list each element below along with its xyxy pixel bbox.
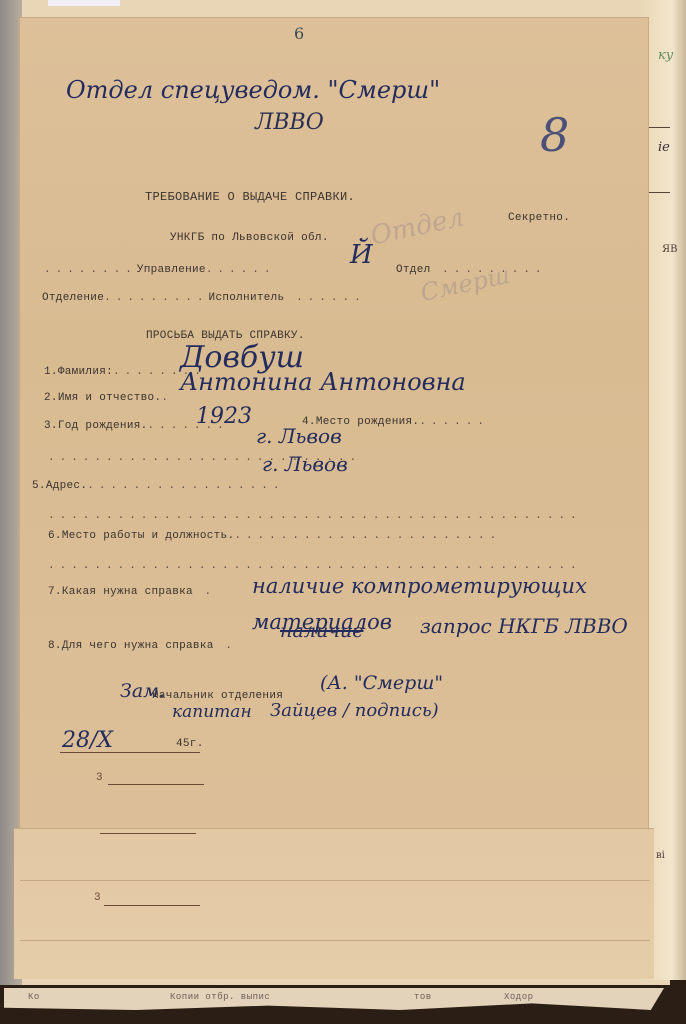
date-handwritten: 28/X: [62, 728, 113, 753]
blank-line: [100, 833, 196, 834]
paper-tab: [48, 0, 120, 6]
signature-hand-line3: Зайцев / подпись): [270, 700, 439, 721]
sheet-number: 8: [540, 108, 569, 162]
header-handwritten-line1: Отдел спецуведом. "Смерш": [66, 76, 440, 104]
year-suffix: 45г.: [176, 738, 204, 750]
right-page-typed: ЯВ: [662, 244, 677, 255]
blank-line: [108, 784, 204, 785]
right-page-handwriting: ie: [658, 140, 670, 155]
blank-line: [104, 905, 200, 906]
form-title: ТРЕБОВАНИЕ О ВЫДАЧЕ СПРАВКИ.: [145, 190, 355, 204]
blank-line-label: 3: [96, 772, 103, 784]
field-address: 5.Адрес..................: [32, 480, 284, 492]
purpose-struck-value: наличие: [280, 620, 363, 642]
dotted-line: ........................................…: [48, 510, 582, 522]
right-page-handwriting: ку: [658, 48, 673, 63]
address-value: г. Львов: [262, 452, 348, 476]
field-name-patronymic: 2.Имя и отчество..: [44, 392, 173, 404]
agency-name: УНКГБ по Львовской обл.: [170, 232, 329, 244]
section-row: Отделение.........Исполнитель ......: [42, 292, 366, 304]
department-label: Отдел .........: [396, 264, 547, 276]
field-purpose: 8.Для чего нужна справка .: [48, 640, 237, 652]
fold-line: [20, 880, 650, 881]
name-patronymic-value: Антонина Антоновна: [180, 368, 466, 396]
signature-hand-line1: (А. "Смерш": [320, 672, 443, 694]
field-workplace: 6.Место работы и должность..............…: [48, 530, 501, 542]
department-handwritten: Й: [350, 240, 373, 270]
lower-sheet: [14, 828, 654, 979]
birth-year-value: 1923: [196, 404, 252, 429]
signature-label: Начальник отделения: [152, 690, 283, 702]
right-page-typed: ві: [656, 850, 665, 861]
signature-hand-line2: капитан: [172, 702, 252, 722]
directorate-row: ........Управление......: [44, 264, 275, 276]
header-handwritten-line2: ЛВВО: [255, 110, 324, 135]
secrecy-stamp: Секретно.: [508, 212, 570, 224]
birth-place-value: г. Львов: [256, 424, 342, 448]
date-underline: [60, 752, 200, 753]
fold-line: [20, 940, 650, 941]
corner-mark: 6: [294, 24, 304, 43]
field-certificate-type: 7.Какая нужна справка .: [48, 586, 216, 598]
purpose-value: запрос НКГБ ЛВВО: [420, 614, 628, 638]
blank-line-label: 3: [94, 892, 101, 904]
